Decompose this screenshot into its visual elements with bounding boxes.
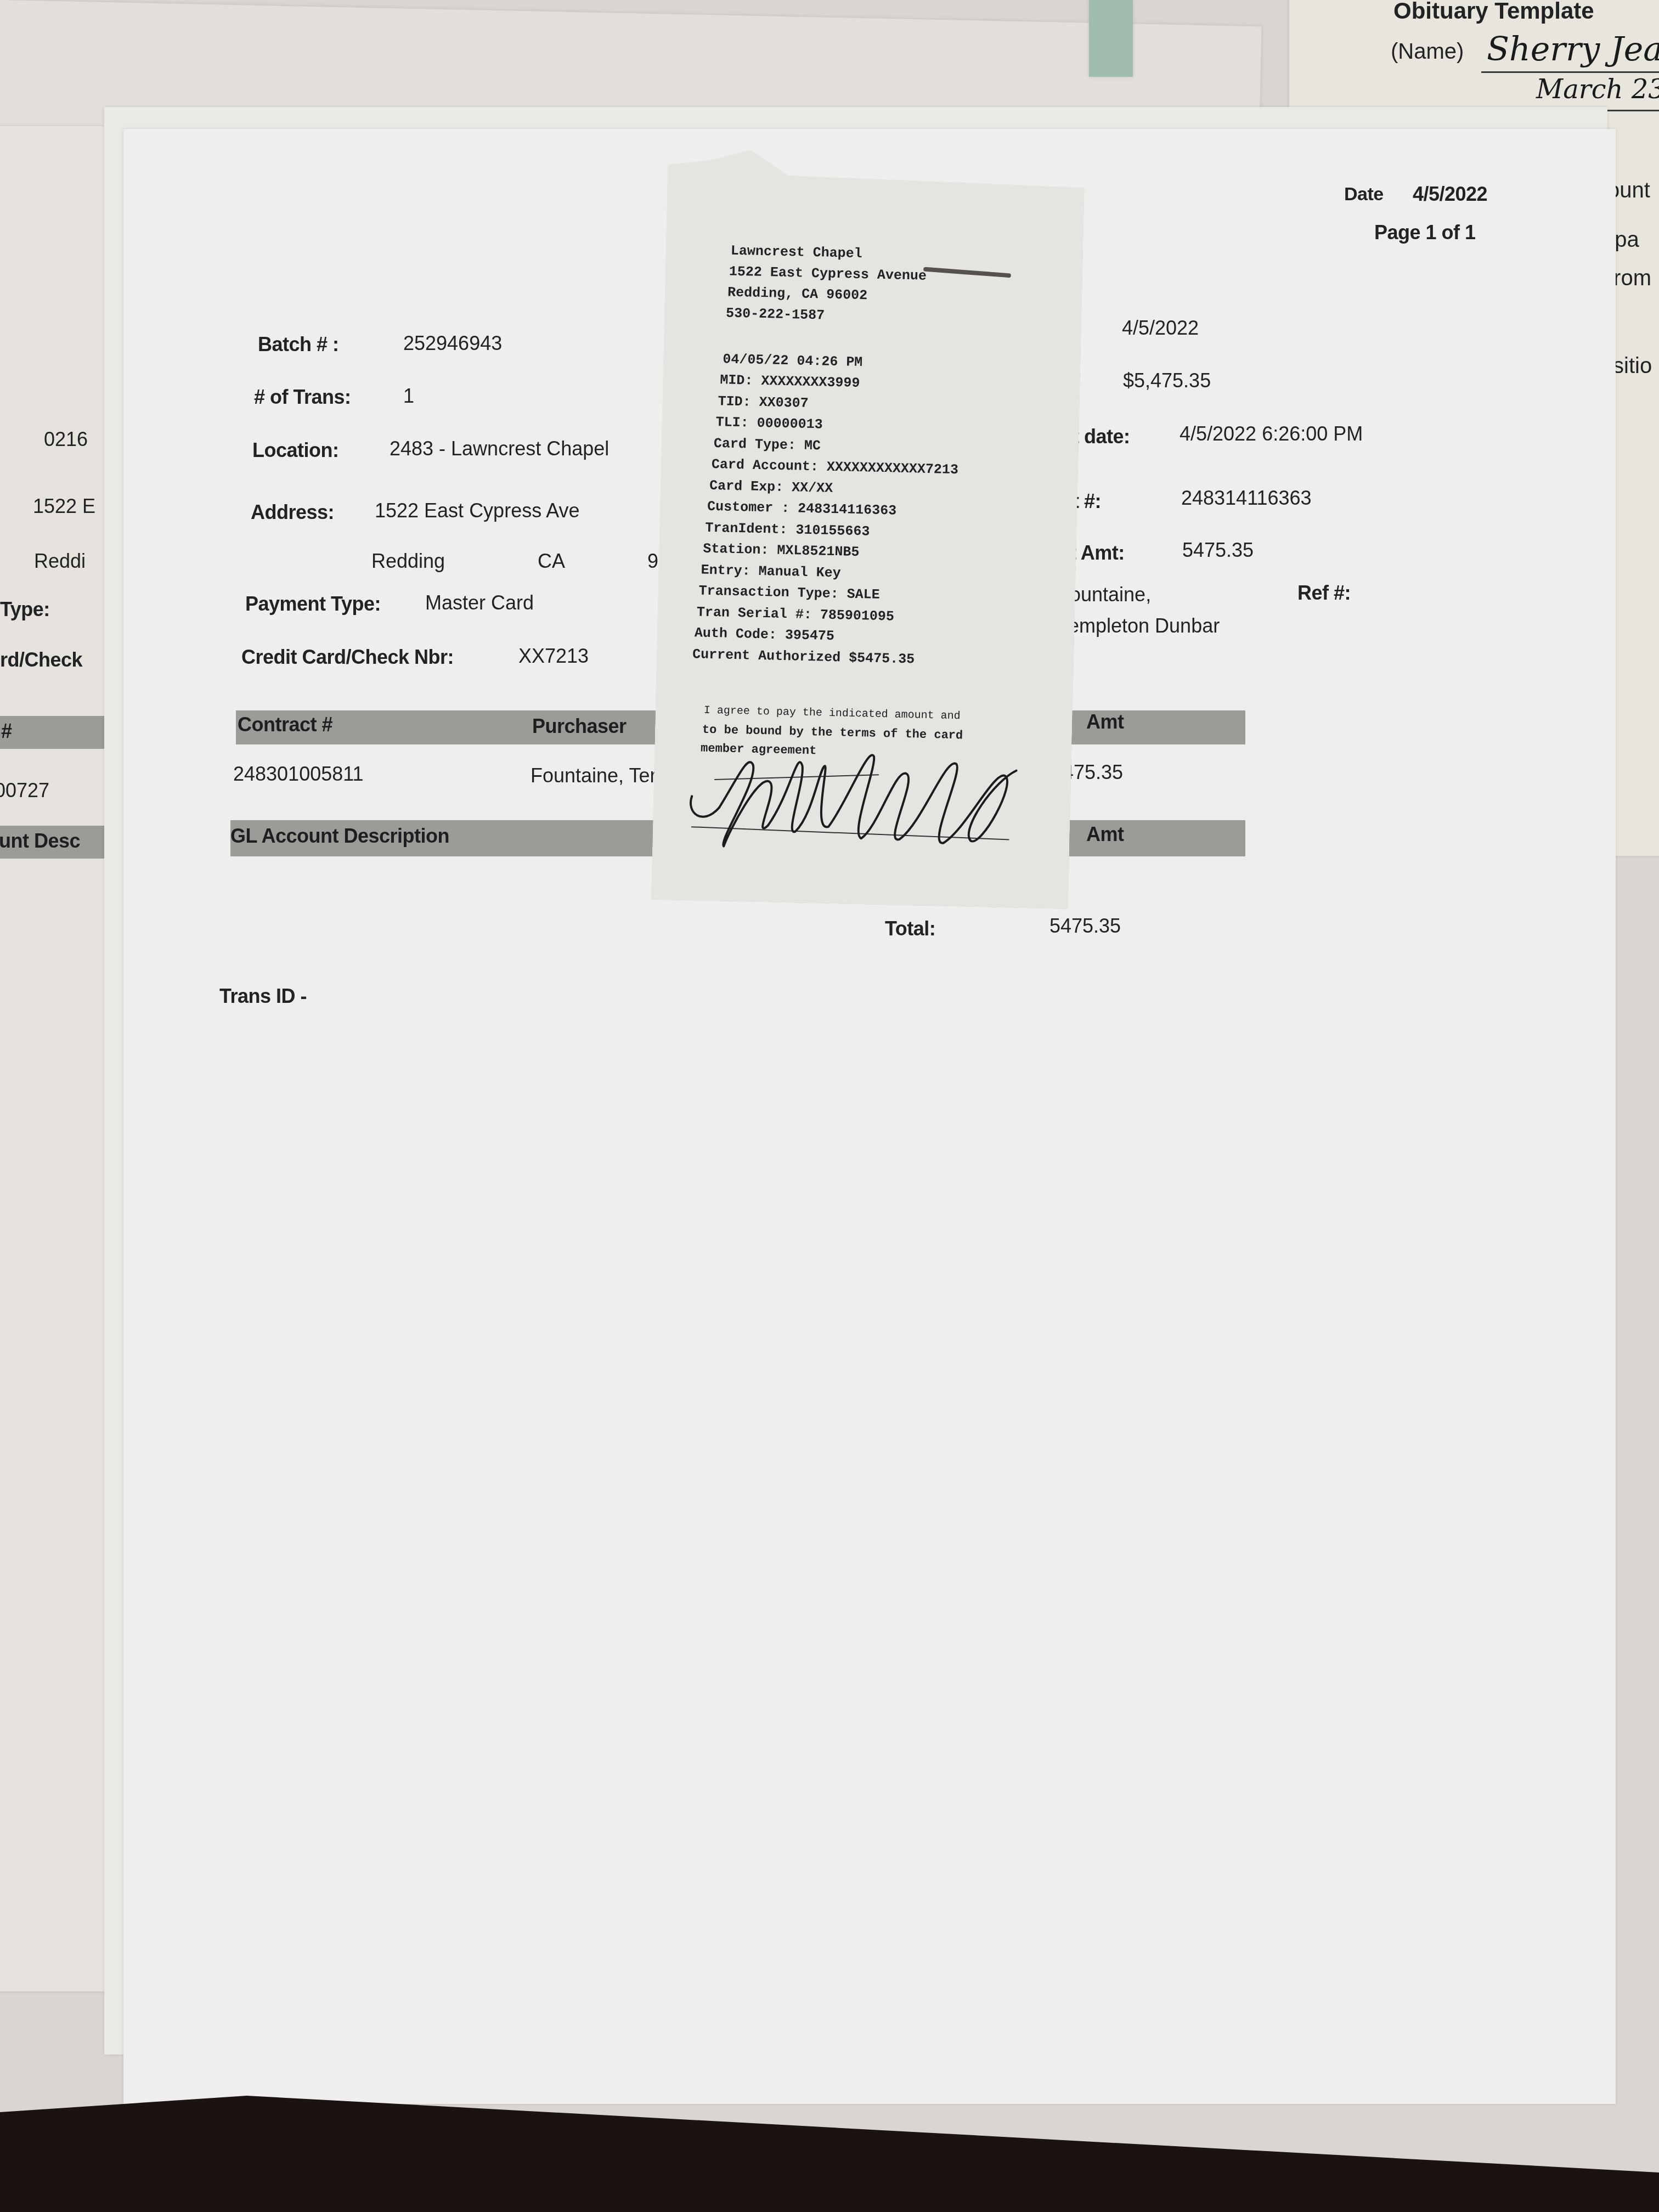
report-date-value: 4/5/2022 (1413, 183, 1487, 206)
card-number-label: Credit Card/Check Nbr: (241, 646, 454, 669)
gl-amount-header: Amt (1086, 823, 1124, 846)
payment-type-label: Payment Type: (245, 592, 381, 616)
receipt-line: Card Account: XXXXXXXXXXXX7213 (712, 456, 959, 478)
total-value: 5475.35 (1049, 915, 1121, 938)
trans-count-label: # of Trans: (254, 386, 351, 409)
fragment-value: 1522 E (33, 495, 95, 518)
trans-count-value: 1 (403, 385, 414, 408)
customer-signature (685, 730, 1028, 859)
fragment-header: unt Desc (0, 830, 80, 853)
purchaser-name-line2: empleton Dunbar (1068, 614, 1220, 637)
obituary-name-handwritten: Sherry Jea (1487, 30, 1659, 69)
address-line1: 1522 East Cypress Ave (375, 499, 580, 522)
receipt-line: Auth Code: 395475 (695, 625, 835, 644)
obituary-fragment: sitio (1613, 354, 1652, 379)
receipt-phone: 530-222-1587 (726, 305, 825, 323)
gl-description-header: GL Account Description (230, 825, 449, 848)
amount-value: 5475.35 (1182, 539, 1254, 562)
deposit-date-label: t date: (1073, 425, 1130, 448)
receipt-line: Station: MXL8521NB5 (703, 541, 860, 560)
background-green-folder (1089, 0, 1133, 77)
card-receipt: Lawncrest Chapel 1522 East Cypress Avenu… (651, 148, 1085, 909)
receipt-line: MID: XXXXXXXX3999 (720, 372, 860, 391)
purchaser-name-line1: ountaine, (1070, 583, 1151, 606)
receipt-address2: Redding, CA 96002 (727, 285, 868, 304)
batch-value: 252946943 (403, 332, 502, 355)
purchaser-name: Fountaine, Tem (531, 764, 666, 787)
receipt-line: Tran Serial #: 785901095 (697, 604, 895, 624)
payment-type-value: Master Card (425, 591, 534, 614)
batch-label: Batch # : (258, 333, 339, 356)
deposit-date-value: 4/5/2022 6:26:00 PM (1180, 422, 1363, 445)
table-surface (0, 2096, 1659, 2212)
receipt-agreement-line: I agree to pay the indicated amount and (703, 704, 960, 723)
fragment-value: 00727 (0, 779, 49, 802)
receipt-line: Current Authorized $5475.35 (692, 646, 915, 667)
receipt-line: Card Exp: XX/XX (709, 477, 833, 496)
receipt-line: TLI: 00000013 (715, 414, 823, 432)
obituary-date-handwritten: March 23 (1536, 74, 1659, 105)
amount-header: Amt (1086, 710, 1124, 733)
card-number-value: XX7213 (518, 645, 589, 668)
account-value: 248314116363 (1181, 487, 1312, 510)
receipt-line: TranIdent: 310155663 (705, 520, 870, 539)
contract-amount: 475.35 (1063, 761, 1123, 784)
batch-date-value: 4/5/2022 (1122, 317, 1199, 340)
receipt-line: TID: XX0307 (718, 393, 809, 411)
staple (923, 267, 1011, 278)
trans-id-label: Trans ID - (219, 985, 307, 1008)
obituary-title: Obituary Template (1393, 0, 1594, 24)
ref-label: Ref #: (1297, 582, 1351, 605)
fragment-header: # (1, 720, 12, 743)
receipt-line: Card Type: MC (713, 436, 821, 454)
contract-header: Contract # (238, 713, 332, 736)
total-label: Total: (885, 917, 935, 940)
contract-number: 248301005811 (233, 763, 364, 786)
location-label: Location: (252, 439, 338, 462)
page-indicator: Page 1 of 1 (1374, 221, 1476, 244)
receipt-line: Transaction Type: SALE (698, 583, 880, 602)
address-state: CA (538, 550, 565, 573)
amount-label: t Amt: (1070, 541, 1125, 565)
location-value: 2483 - Lawncrest Chapel (390, 437, 609, 460)
fragment-label: Type: (0, 598, 50, 621)
batch-amount-value: $5,475.35 (1123, 369, 1211, 392)
receipt-datetime: 04/05/22 04:26 PM (723, 351, 863, 370)
fragment-value: Reddi (34, 550, 86, 573)
receipt-line: Entry: Manual Key (701, 562, 841, 581)
fragment-label: rd/Check (0, 648, 82, 672)
receipt-address1: 1522 East Cypress Avenue (729, 264, 927, 284)
address-label: Address: (251, 501, 334, 524)
fragment-value: 0216 (44, 428, 88, 451)
receipt-line: Customer : 248314116363 (707, 499, 897, 519)
purchaser-header: Purchaser (532, 715, 627, 738)
obituary-name-label: (Name) (1391, 39, 1464, 64)
address-city: Redding (371, 550, 445, 573)
receipt-merchant: Lawncrest Chapel (730, 243, 862, 262)
report-date-label: Date (1344, 184, 1384, 205)
